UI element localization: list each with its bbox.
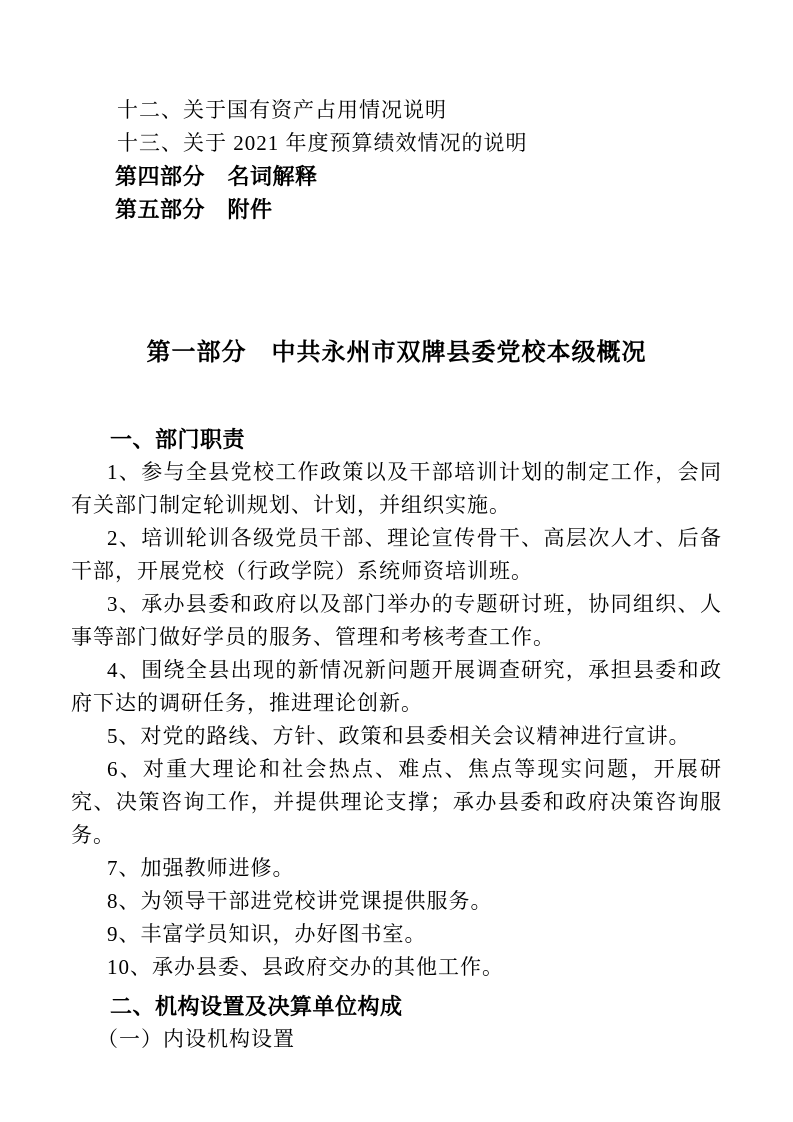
body-paragraph: 2、培训轮训各级党员干部、理论宣传骨干、高层次人才、后备干部，开展党校（行政学院… bbox=[71, 522, 722, 588]
body-paragraph: 4、围绕全县出现的新情况新问题开展调查研究，承担县委和政府下达的调研任务，推进理… bbox=[71, 654, 722, 720]
body-paragraph: 1、参与全县党校工作政策以及干部培训计划的制定工作，会同有关部门制定轮训规划、计… bbox=[71, 456, 722, 522]
body-paragraph: 6、对重大理论和社会热点、难点、焦点等现实问题，开展研究、决策咨询工作，并提供理… bbox=[71, 753, 722, 852]
toc-item-part-four: 第四部分 名词解释 bbox=[115, 160, 722, 193]
section-heading-organization: 二、机构设置及决算单位构成 bbox=[110, 990, 722, 1023]
section-heading-duties: 一、部门职责 bbox=[110, 423, 722, 456]
body-paragraph: 10、承办县委、县政府交办的其他工作。 bbox=[71, 951, 722, 984]
part-one-title: 第一部分 中共永州市双牌县委党校本级概况 bbox=[71, 336, 722, 369]
body-paragraph: 9、丰富学员知识，办好图书室。 bbox=[71, 918, 722, 951]
toc-item: 十三、关于 2021 年度预算绩效情况的说明 bbox=[117, 127, 722, 160]
body-paragraph: 3、承办县委和政府以及部门举办的专题研讨班，协同组织、人事等部门做好学员的服务、… bbox=[71, 588, 722, 654]
body-paragraph: 8、为领导干部进党校讲党课提供服务。 bbox=[71, 885, 722, 918]
toc-item: 十二、关于国有资产占用情况说明 bbox=[117, 94, 722, 127]
body-paragraph: 7、加强教师进修。 bbox=[71, 852, 722, 885]
subsection-label-internal-orgs: （一）内设机构设置 bbox=[97, 1023, 722, 1056]
table-of-contents-tail: 十二、关于国有资产占用情况说明 十三、关于 2021 年度预算绩效情况的说明 第… bbox=[71, 94, 722, 226]
body-paragraph: 5、对党的路线、方针、政策和县委相关会议精神进行宣讲。 bbox=[71, 720, 722, 753]
toc-item-part-five: 第五部分 附件 bbox=[115, 193, 722, 226]
document-page: 十二、关于国有资产占用情况说明 十三、关于 2021 年度预算绩效情况的说明 第… bbox=[0, 0, 793, 1122]
